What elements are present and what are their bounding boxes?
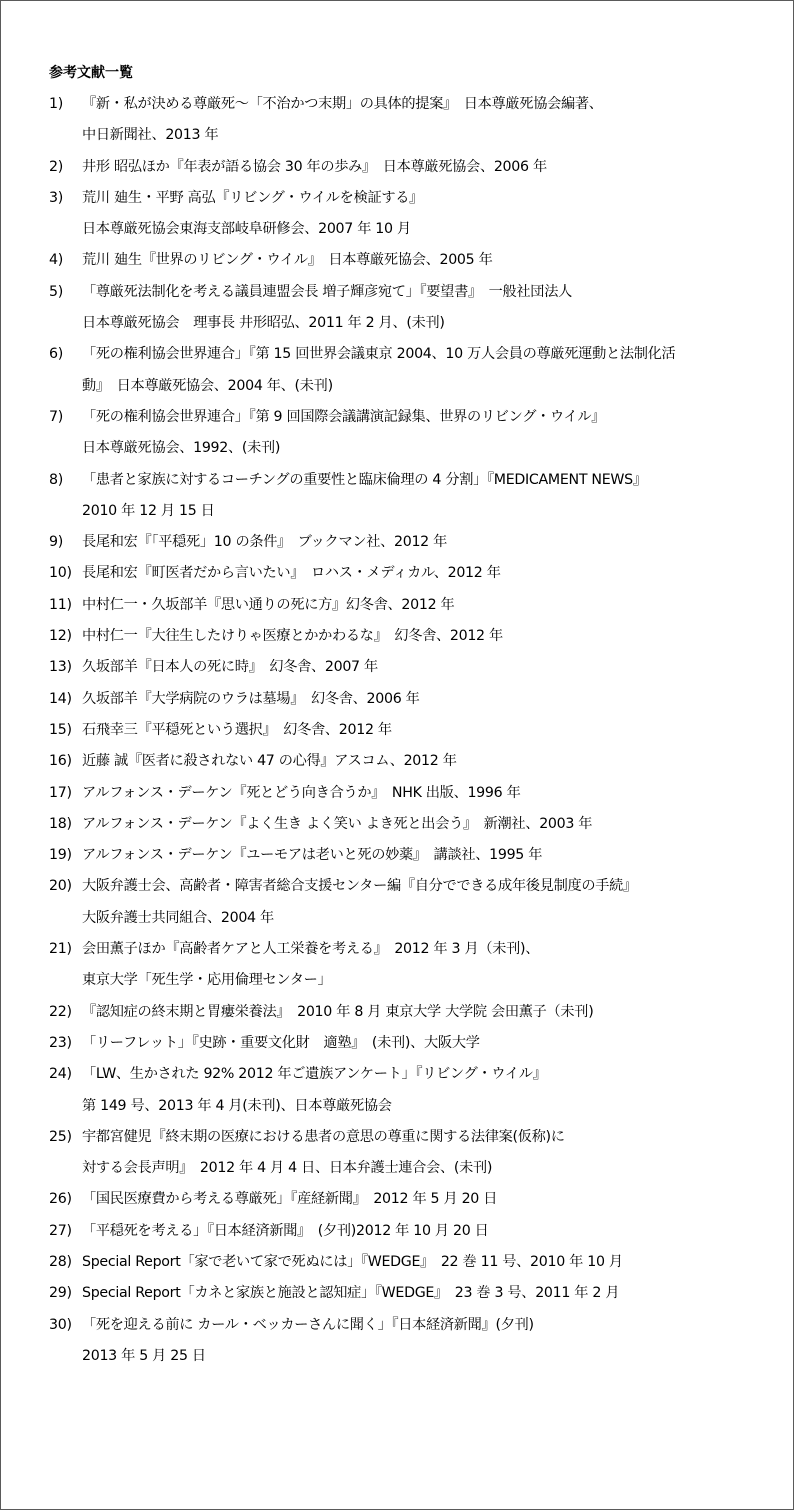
reference-item: 14)久坂部羊『大学病院のウラは墓場』 幻冬舎、2006 年 — [49, 689, 779, 720]
reference-number: 20) — [49, 876, 72, 896]
reference-text: 長尾和宏『「平穏死」10 の条件』 ブックマン社、2012 年 — [82, 532, 447, 552]
reference-number: 9) — [49, 532, 63, 552]
reference-text: 石飛幸三『平穏死という選択』 幻冬舎、2012 年 — [82, 720, 392, 740]
reference-number: 23) — [49, 1033, 72, 1053]
reference-number: 21) — [49, 939, 72, 959]
reference-number: 10) — [49, 563, 72, 583]
reference-item: 11)中村仁一・久坂部羊『思い通りの死に方』幻冬舎、2012 年 — [49, 595, 779, 626]
reference-number: 24) — [49, 1064, 72, 1084]
reference-number: 18) — [49, 814, 72, 834]
reference-number: 15) — [49, 720, 72, 740]
reference-number: 13) — [49, 657, 72, 677]
reference-number: 5) — [49, 282, 63, 302]
reference-number: 14) — [49, 689, 72, 709]
reference-text: 『認知症の終末期と胃瘻栄養法』 2010 年 8 月 東京大学 大学院 会田薫子… — [82, 1002, 593, 1022]
reference-text: アルフォンス・デーケン『死とどう向き合うか』 NHK 出版、1996 年 — [82, 783, 520, 803]
reference-number: 11) — [49, 595, 72, 615]
reference-text: 「リーフレット」『史跡・重要文化財 適塾』 (未刊)、大阪大学 — [82, 1033, 480, 1053]
reference-item: 26)「国民医療費から考える尊厳死」『産経新聞』 2012 年 5 月 20 日 — [49, 1189, 779, 1220]
reference-item-continuation: 対する会長声明』 2012 年 4 月 4 日、日本弁護士連合会、(未刊) — [49, 1158, 779, 1189]
reference-item-continuation: 日本尊厳死協会東海支部岐阜研修会、2007 年 10 月 — [49, 219, 779, 250]
reference-text: 「死の権利協会世界連合」『第 9 回国際会議講演記録集、世界のリビング・ウイル』 — [82, 407, 605, 427]
reference-text: 会田薫子ほか『高齢者ケアと人工栄養を考える』 2012 年 3 月（未刊)、 — [82, 939, 539, 959]
reference-text: アルフォンス・デーケン『よく生き よく笑い よき死と出会う』 新潮社、2003 … — [82, 814, 592, 834]
reference-text: 中日新聞社、2013 年 — [82, 125, 218, 145]
reference-text: 「尊厳死法制化を考える議員連盟会長 増子輝彦宛て」『要望書』 一般社団法人 — [82, 282, 572, 302]
reference-item: 23)「リーフレット」『史跡・重要文化財 適塾』 (未刊)、大阪大学 — [49, 1033, 779, 1064]
reference-item-continuation: 大阪弁護士共同組合、2004 年 — [49, 908, 779, 939]
reference-item: 29) Special Report「カネと家族と施設と認知症」『WEDGE』 … — [49, 1283, 779, 1314]
reference-item: 17)アルフォンス・デーケン『死とどう向き合うか』 NHK 出版、1996 年 — [49, 783, 779, 814]
reference-text: 長尾和宏『町医者だから言いたい』 ロハス・メディカル、2012 年 — [82, 563, 501, 583]
reference-text: 久坂部羊『日本人の死に時』 幻冬舎、2007 年 — [82, 657, 378, 677]
reference-text: 2013 年 5 月 25 日 — [82, 1346, 206, 1366]
reference-number: 12) — [49, 626, 72, 646]
reference-text: 動』 日本尊厳死協会、2004 年、(未刊) — [82, 376, 333, 396]
reference-item: 25)宇都宮健児『終末期の医療における患者の意思の尊重に関する法律案(仮称)に — [49, 1127, 779, 1158]
reference-item: 12)中村仁一『大往生したけりゃ医療とかかわるな』 幻冬舎、2012 年 — [49, 626, 779, 657]
reference-item: 1)『新・私が決める尊厳死～「不治かつ末期」の具体的提案』 日本尊厳死協会編著、 — [49, 94, 779, 125]
reference-text: 荒川 廸生『世界のリビング・ウイル』 日本尊厳死協会、2005 年 — [82, 250, 492, 270]
page-title: 参考文献一覧 — [49, 63, 133, 83]
reference-text: 「平穏死を考える」『日本経済新聞』 (夕刊)2012 年 10 月 20 日 — [82, 1221, 489, 1241]
reference-text: 東京大学「死生学・応用倫理センター」 — [82, 970, 331, 990]
reference-text: 「国民医療費から考える尊厳死」『産経新聞』 2012 年 5 月 20 日 — [82, 1189, 497, 1209]
reference-number: 16) — [49, 751, 72, 771]
reference-item: 7)「死の権利協会世界連合」『第 9 回国際会議講演記録集、世界のリビング・ウイ… — [49, 407, 779, 438]
reference-item: 5)「尊厳死法制化を考える議員連盟会長 増子輝彦宛て」『要望書』 一般社団法人 — [49, 282, 779, 313]
reference-item: 4)荒川 廸生『世界のリビング・ウイル』 日本尊厳死協会、2005 年 — [49, 250, 779, 281]
reference-text: 近藤 誠『医者に殺されない 47 の心得』アスコム、2012 年 — [82, 751, 457, 771]
reference-item: 15)石飛幸三『平穏死という選択』 幻冬舎、2012 年 — [49, 720, 779, 751]
reference-text: 2010 年 12 月 15 日 — [82, 501, 215, 521]
reference-text: 「死を迎える前に カール・ベッカーさんに聞く」『日本経済新聞』(夕刊) — [82, 1315, 534, 1335]
reference-item-continuation: 動』 日本尊厳死協会、2004 年、(未刊) — [49, 376, 779, 407]
reference-item-continuation: 中日新聞社、2013 年 — [49, 125, 779, 156]
reference-item: 6)「死の権利協会世界連合」『第 15 回世界会議東京 2004、10 万人会員… — [49, 344, 779, 375]
reference-list: 1)『新・私が決める尊厳死～「不治かつ末期」の具体的提案』 日本尊厳死協会編著、… — [49, 94, 779, 1377]
reference-number: 22) — [49, 1002, 72, 1022]
reference-number: 1) — [49, 94, 63, 114]
reference-number: 3) — [49, 188, 63, 208]
reference-item-continuation: 2013 年 5 月 25 日 — [49, 1346, 779, 1377]
reference-item-continuation: 日本尊厳死協会 理事長 井形昭弘、2011 年 2 月、(未刊) — [49, 313, 779, 344]
reference-number: 8) — [49, 470, 63, 490]
reference-number: 2) — [49, 157, 63, 177]
reference-number: 6) — [49, 344, 63, 364]
reference-text: 宇都宮健児『終末期の医療における患者の意思の尊重に関する法律案(仮称)に — [82, 1127, 565, 1147]
reference-item: 13)久坂部羊『日本人の死に時』 幻冬舎、2007 年 — [49, 657, 779, 688]
reference-item: 18)アルフォンス・デーケン『よく生き よく笑い よき死と出会う』 新潮社、20… — [49, 814, 779, 845]
reference-text: アルフォンス・デーケン『ユーモアは老いと死の妙薬』 講談社、1995 年 — [82, 845, 542, 865]
reference-text: 荒川 廸生・平野 高弘『リビング・ウイルを検証する』 — [82, 188, 423, 208]
reference-number: 29) — [49, 1283, 72, 1303]
reference-number: 30) — [49, 1315, 72, 1335]
reference-item: 3)荒川 廸生・平野 高弘『リビング・ウイルを検証する』 — [49, 188, 779, 219]
reference-item-continuation: 東京大学「死生学・応用倫理センター」 — [49, 970, 779, 1001]
reference-number: 7) — [49, 407, 63, 427]
reference-number: 25) — [49, 1127, 72, 1147]
reference-item: 28) Special Report「家で老いて家で死ぬには」『WEDGE』 2… — [49, 1252, 779, 1283]
reference-item: 27)「平穏死を考える」『日本経済新聞』 (夕刊)2012 年 10 月 20 … — [49, 1221, 779, 1252]
reference-item: 30)「死を迎える前に カール・ベッカーさんに聞く」『日本経済新聞』(夕刊) — [49, 1315, 779, 1346]
reference-text: 日本尊厳死協会東海支部岐阜研修会、2007 年 10 月 — [82, 219, 411, 239]
reference-number: 27) — [49, 1221, 72, 1241]
reference-item: 16)近藤 誠『医者に殺されない 47 の心得』アスコム、2012 年 — [49, 751, 779, 782]
reference-number: 17) — [49, 783, 72, 803]
reference-item: 21)会田薫子ほか『高齢者ケアと人工栄養を考える』 2012 年 3 月（未刊)… — [49, 939, 779, 970]
reference-item: 20)大阪弁護士会、高齢者・障害者総合支援センター編『自分でできる成年後見制度の… — [49, 876, 779, 907]
reference-text: 「患者と家族に対するコーチングの重要性と臨床倫理の 4 分割」『MEDICAME… — [82, 470, 647, 490]
reference-item: 8)「患者と家族に対するコーチングの重要性と臨床倫理の 4 分割」『MEDICA… — [49, 470, 779, 501]
reference-item: 22)『認知症の終末期と胃瘻栄養法』 2010 年 8 月 東京大学 大学院 会… — [49, 1002, 779, 1033]
reference-text: Special Report「カネと家族と施設と認知症」『WEDGE』 23 巻… — [82, 1283, 619, 1303]
reference-number: 19) — [49, 845, 72, 865]
reference-item-continuation: 第 149 号、2013 年 4 月(未刊)、日本尊厳死協会 — [49, 1096, 779, 1127]
reference-text: 『新・私が決める尊厳死～「不治かつ末期」の具体的提案』 日本尊厳死協会編著、 — [82, 94, 603, 114]
reference-text: 大阪弁護士会、高齢者・障害者総合支援センター編『自分でできる成年後見制度の手続』 — [82, 876, 637, 896]
reference-item: 9)長尾和宏『「平穏死」10 の条件』 ブックマン社、2012 年 — [49, 532, 779, 563]
reference-text: 久坂部羊『大学病院のウラは墓場』 幻冬舎、2006 年 — [82, 689, 420, 709]
reference-item: 2)井形 昭弘ほか『年表が語る協会 30 年の歩み』 日本尊厳死協会、2006 … — [49, 157, 779, 188]
reference-text: 日本尊厳死協会、1992、(未刊) — [82, 438, 280, 458]
reference-item-continuation: 2010 年 12 月 15 日 — [49, 501, 779, 532]
reference-item: 24)「LW、生かされた 92% 2012 年ご遺族アンケート」『リビング・ウイ… — [49, 1064, 779, 1095]
reference-text: 第 149 号、2013 年 4 月(未刊)、日本尊厳死協会 — [82, 1096, 392, 1116]
reference-text: 日本尊厳死協会 理事長 井形昭弘、2011 年 2 月、(未刊) — [82, 313, 445, 333]
reference-number: 26) — [49, 1189, 72, 1209]
reference-text: 中村仁一・久坂部羊『思い通りの死に方』幻冬舎、2012 年 — [82, 595, 454, 615]
document-page: 参考文献一覧 1)『新・私が決める尊厳死～「不治かつ末期」の具体的提案』 日本尊… — [0, 0, 794, 1510]
reference-text: 対する会長声明』 2012 年 4 月 4 日、日本弁護士連合会、(未刊) — [82, 1158, 492, 1178]
reference-item: 19)アルフォンス・デーケン『ユーモアは老いと死の妙薬』 講談社、1995 年 — [49, 845, 779, 876]
reference-text: 「死の権利協会世界連合」『第 15 回世界会議東京 2004、10 万人会員の尊… — [82, 344, 675, 364]
reference-text: Special Report「家で老いて家で死ぬには」『WEDGE』 22 巻 … — [82, 1252, 623, 1272]
reference-text: 井形 昭弘ほか『年表が語る協会 30 年の歩み』 日本尊厳死協会、2006 年 — [82, 157, 547, 177]
reference-item-continuation: 日本尊厳死協会、1992、(未刊) — [49, 438, 779, 469]
reference-item: 10)長尾和宏『町医者だから言いたい』 ロハス・メディカル、2012 年 — [49, 563, 779, 594]
reference-number: 4) — [49, 250, 63, 270]
reference-text: 「LW、生かされた 92% 2012 年ご遺族アンケート」『リビング・ウイル』 — [82, 1064, 547, 1084]
reference-text: 大阪弁護士共同組合、2004 年 — [82, 908, 274, 928]
reference-text: 中村仁一『大往生したけりゃ医療とかかわるな』 幻冬舎、2012 年 — [82, 626, 503, 646]
reference-number: 28) — [49, 1252, 72, 1272]
